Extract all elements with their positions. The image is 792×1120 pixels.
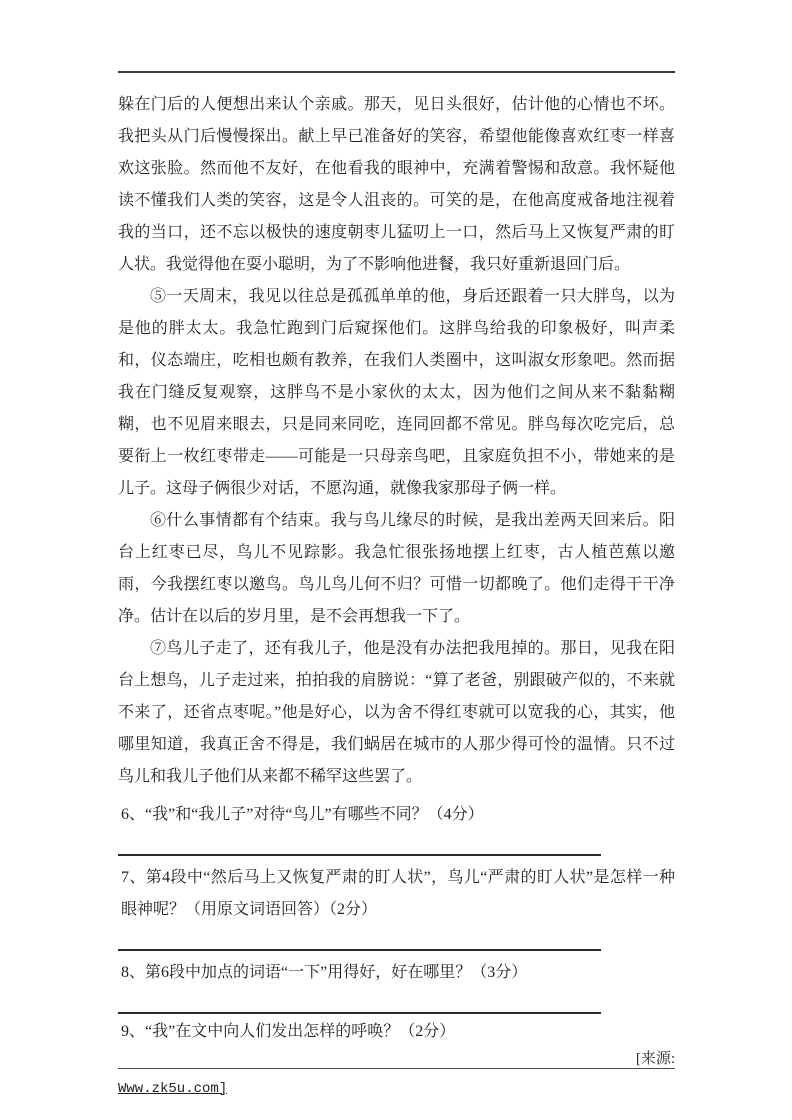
answer-line: [来源: <box>118 1050 675 1069</box>
article-paragraph: ⑥什么事情都有个结束。我与鸟儿缘尽的时候，是我出差两天回来后。阳台上红枣已尽，鸟… <box>118 505 675 633</box>
article-paragraph: 躲在门后的人便想出来认个亲戚。那天，见日头很好，估计他的心情也不坏。我把头从门后… <box>118 89 675 281</box>
source-url-link[interactable]: Www.zk5u.com] <box>118 1079 227 1099</box>
question-item: 7、第4段中“然后马上又恢复严肃的盯人状”，鸟儿“严肃的盯人状”是怎样一种眼神呢… <box>118 862 675 951</box>
question-item: 6、“我”和“我儿子”对待“鸟儿”有哪些不同？（4分） <box>118 799 675 856</box>
questions-section: 6、“我”和“我儿子”对待“鸟儿”有哪些不同？（4分）7、第4段中“然后马上又恢… <box>118 799 675 1069</box>
source-origin-label: [来源: <box>636 1050 675 1068</box>
article-paragraph: ⑤一天周末，我见以往总是孤孤单单的他，身后还跟着一只大胖鸟，以为是他的胖太太。我… <box>118 281 675 505</box>
article-body: 躲在门后的人便想出来认个亲戚。那天，见日头很好，估计他的心情也不坏。我把头从门后… <box>118 89 675 793</box>
document-page: { "page": { "background": "#ffffff", "in… <box>0 0 792 1120</box>
question-text: 6、“我”和“我儿子”对待“鸟儿”有哪些不同？（4分） <box>118 799 675 831</box>
question-item: 8、第6段中加点的词语“一下”用得好，好在哪里？（3分） <box>118 957 675 1014</box>
question-text: 7、第4段中“然后马上又恢复严肃的盯人状”，鸟儿“严肃的盯人状”是怎样一种眼神呢… <box>118 862 675 926</box>
page-content: 躲在门后的人便想出来认个亲戚。那天，见日头很好，估计他的心情也不坏。我把头从门后… <box>118 71 675 1099</box>
answer-line <box>118 1012 601 1014</box>
answer-line <box>118 949 601 951</box>
question-item: 9、“我”在文中向人们发出怎样的呼唤？（2分）[来源: <box>118 1016 675 1069</box>
answer-line <box>118 854 601 856</box>
question-text: 8、第6段中加点的词语“一下”用得好，好在哪里？（3分） <box>118 957 675 989</box>
article-paragraph: ⑦鸟儿子走了，还有我儿子，他是没有办法把我甩掉的。那日，见我在阳台上想鸟，儿子走… <box>118 633 675 793</box>
header-rule <box>118 71 675 73</box>
question-text: 9、“我”在文中向人们发出怎样的呼唤？（2分） <box>118 1016 675 1048</box>
